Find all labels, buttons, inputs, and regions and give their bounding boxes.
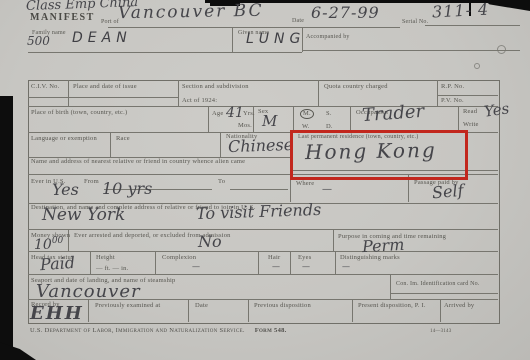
age-value: 41 <box>226 105 244 121</box>
row-line <box>28 229 498 230</box>
manifest-title: MANIFEST <box>30 12 95 23</box>
cell-divider <box>248 299 249 322</box>
read-label: Read <box>463 108 477 115</box>
port-value: Vancouver BC <box>118 1 264 24</box>
manifest-card-scan: Class Emp China MANIFEST Port of Vancouv… <box>0 0 530 360</box>
port-label: Port of <box>101 19 119 25</box>
head-tax-value: Paid <box>39 253 75 274</box>
footer-agency-line: U.S. Department of Labor, Immigration an… <box>30 327 287 334</box>
passage-value: Self <box>431 181 464 203</box>
date-value: 6-27-99 <box>311 3 380 22</box>
hair-value: — <box>272 262 280 271</box>
cell-divider <box>333 229 334 251</box>
pv-no-label: P.V. No. <box>441 97 464 104</box>
arrived-by-label: Arrived by <box>444 302 474 309</box>
row-line <box>437 95 498 96</box>
cell-divider <box>293 106 294 132</box>
header-divider <box>232 28 233 52</box>
language-label: Language or exemption <box>31 135 97 142</box>
record-by-value: EHH <box>30 303 84 324</box>
arrested-value: No <box>198 232 222 251</box>
row-line <box>28 97 178 98</box>
cell-divider <box>458 106 459 132</box>
complexion-value: — <box>192 262 200 271</box>
read-write-value: Yes <box>483 99 510 120</box>
cell-divider <box>437 80 438 106</box>
cell-divider <box>110 132 111 157</box>
race-label: Race <box>116 135 130 142</box>
money-dollars: 10 <box>34 237 52 253</box>
relative-label: Name and address of nearest relative or … <box>31 158 245 165</box>
date2-label: Date <box>195 302 208 309</box>
header-rule <box>108 27 400 28</box>
present-disposition-label: Present disposition, P. I. <box>358 302 426 309</box>
cell-divider <box>390 274 391 299</box>
cell-divider <box>335 251 336 274</box>
to-label: To <box>218 178 225 185</box>
eyes-label: Eyes <box>298 254 311 261</box>
single-option: S. <box>326 110 332 117</box>
cell-divider <box>155 251 156 274</box>
cell-divider <box>258 251 259 274</box>
footer-form-number: Form 548. <box>255 327 287 334</box>
divorced-option: D. <box>326 123 333 130</box>
footer-agency: U.S. Department of Labor, Immigration an… <box>30 327 245 334</box>
film-speck <box>474 63 480 69</box>
issue-label: Place and date of issue <box>73 83 137 90</box>
header-rule <box>302 50 520 51</box>
accompanied-by-label: Accompanied by <box>306 34 350 40</box>
height-label: Height <box>96 254 115 261</box>
from-value: 10 yrs <box>102 179 152 198</box>
nationality-value: Chinese <box>228 135 294 156</box>
cell-divider <box>440 299 441 322</box>
quota-label: Quota country charged <box>324 83 388 90</box>
cell-divider <box>290 251 291 274</box>
serial-value: 311- 4 <box>432 0 490 21</box>
civ-no-label: C.I.V. No. <box>31 83 59 90</box>
cell-divider <box>220 132 221 157</box>
film-edge-artifact-left <box>0 96 13 360</box>
cell-divider <box>88 299 89 322</box>
family-name-value: DEAN <box>72 30 132 46</box>
given-name-value: LUNG <box>246 31 305 47</box>
purpose-value: Perm <box>362 235 405 256</box>
cell-divider <box>178 80 179 106</box>
marks-label: Distinguishing marks <box>340 254 400 261</box>
birth-label: Place of birth (town, country, etc.) <box>31 109 127 116</box>
header-divider <box>302 28 303 52</box>
film-corner-wedge <box>484 0 530 11</box>
from-label: From <box>84 178 99 185</box>
cell-divider <box>208 106 209 132</box>
complexion-label: Complexion <box>162 254 196 261</box>
cell-divider <box>352 299 353 322</box>
where-value: — <box>322 184 332 195</box>
prev-examined-label: Previously examined at <box>95 302 160 309</box>
height-units: — ft. — in. <box>96 265 128 272</box>
write-label: Write <box>463 121 479 128</box>
row-line <box>390 293 498 294</box>
family-number: 500 <box>27 34 50 48</box>
prev-disposition-label: Previous disposition <box>254 302 311 309</box>
row-line <box>28 251 498 252</box>
yrs-label: Yrs. <box>243 110 255 117</box>
date-label: Date <box>292 18 304 24</box>
cell-divider <box>90 251 91 274</box>
seaport-value: Vancouver <box>36 281 141 302</box>
money-shown-value: 1000 <box>34 236 63 253</box>
hair-label: Hair <box>268 254 280 261</box>
occupation-value: Trader <box>361 101 424 126</box>
rp-no-label: R.P. No. <box>441 83 464 90</box>
to-write-line <box>230 189 288 190</box>
act-label: Act of 1924: <box>182 97 217 104</box>
highlight-box <box>290 130 468 180</box>
cell-divider <box>68 80 69 106</box>
mos-label: Mos. <box>238 122 252 129</box>
sex-value: M <box>262 112 277 130</box>
eyes-value: — <box>302 262 310 271</box>
money-cents: 00 <box>52 236 63 246</box>
header-rule <box>425 25 520 26</box>
section-label: Section and subdivision <box>182 83 249 90</box>
cell-divider <box>188 299 189 322</box>
widowed-option: W. <box>302 123 310 130</box>
footer-print-code: 14—3143 <box>430 329 451 334</box>
header-rule <box>232 52 302 53</box>
row-line <box>28 274 498 275</box>
marks-value: — <box>342 262 350 271</box>
ever-in-us-value: Yes <box>52 180 79 199</box>
age-label: Age <box>212 110 223 117</box>
header-rule <box>28 52 232 53</box>
row-line <box>28 106 498 107</box>
where-label: Where <box>296 180 314 187</box>
male-option-circled: M. <box>300 109 314 119</box>
cell-divider <box>350 106 351 132</box>
destination-value: New York <box>42 205 125 225</box>
con-im-label: Con. Im. Identification card No. <box>396 281 480 287</box>
cell-divider <box>318 80 319 106</box>
